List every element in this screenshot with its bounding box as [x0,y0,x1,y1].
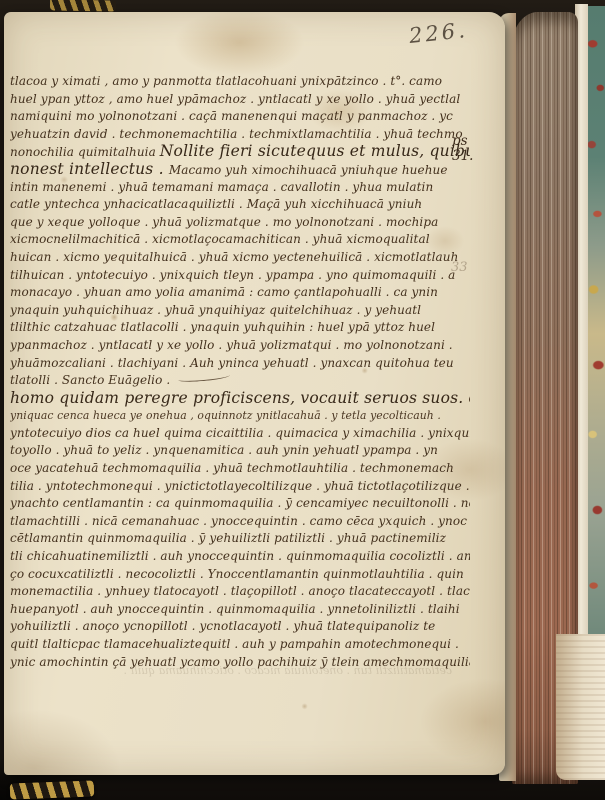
manuscript-text-segment: monemactilia . ynhuey tlatocayotl . tlaç… [10,584,470,598]
manuscript-line: intin manenemi . yhuā temamani mamaça . … [10,179,470,197]
manuscript-text-segment: Macamo yuh ximochihuacā yniuhque huehue [169,163,448,177]
manuscript-text-segment: yehuatzin david . techmonemachtilia . te… [10,127,463,141]
endband-top [50,0,116,12]
manuscript-line: yntotecuiyo dios ca huel quima cicaittil… [10,425,470,443]
manuscript-text-segment: monacayo . yhuan amo yolia amanimā : cam… [10,285,438,299]
manuscript-line: nonochilia quimitalhuia Nollite fieri si… [10,143,470,161]
manuscript-line: ypanmachoz . yntlacatl y xe yollo . yhuā… [10,337,470,355]
manuscript-line: yehuatzin david . techmonemachtilia . te… [10,126,470,144]
manuscript-line: tlacoa y ximati , amo y panmotta tlatlac… [10,73,470,91]
manuscript-text-segment: huepanyotl . auh ynoccequintin . quinmom… [10,602,460,616]
manuscript-page: 226. ps 31. 33 tlacoa y ximati , amo y p… [4,12,505,775]
manuscript-line: tilhuican . yntotecuiyo . ynixquich tley… [10,267,470,285]
manuscript-text-segment: yhuāmozcaliani . tlachiyani . Auh yninca… [10,356,454,370]
manuscript-text-segment: yniquac cenca hueca ye onehua , oquinnot… [10,409,441,422]
manuscript-line: monacayo . yhuan amo yolia amanimā : cam… [10,284,470,302]
manuscript-text-segment: nonochilia quimitalhuia [10,145,160,159]
manuscript-line: toyollo . yhuā to yeliz . ynquenamitica … [10,442,470,460]
manuscript-text-segment: Nollite fieri sicutequus et mulus, quibu… [160,142,470,160]
manuscript-line: ynaquin yuhquichihuaz . yhuā ynquihiyaz … [10,302,470,320]
manuscript-line: monemactilia . ynhuey tlatocayotl . tlaç… [10,583,470,601]
manuscript-line: tlamachtilli . nicā cemanahuac . ynocceq… [10,513,470,531]
manuscript-line: homo quidam peregre proficiscens, vocaui… [10,390,470,408]
manuscript-line: tlatolli . Sancto Euāgelio . [10,372,470,390]
manuscript-text-segment: namiquini mo yolnonotzani . caçā manenen… [10,109,453,123]
manuscript-text-segment: yntotecuiyo dios ca huel quima cicaittil… [10,426,470,440]
manuscript-photo: 226. ps 31. 33 tlacoa y ximati , amo y p… [0,0,605,800]
endband-bottom [10,781,95,800]
manuscript-text-segment: cētlamantin quinmomaquilia . ȳ yehuilizt… [10,531,446,545]
manuscript-text-segment: oce yacatehuā techmomaquilia . yhuā tech… [10,461,454,475]
manuscript-text-segment: ço cocuxcatiliztli . necocoliztli . Ynoc… [10,567,464,581]
pen-flourish [178,372,230,383]
manuscript-line: huican . xicmo yequitalhuicā . yhuā xicm… [10,249,470,267]
manuscript-line: yohuiliztli . anoço ycnopillotl . ycnotl… [10,618,470,636]
page-number: 226. [408,18,469,48]
manuscript-text-segment: que y xeque yolloque . yhuā yolizmatque … [10,215,438,229]
manuscript-text-segment: catle yntechca ynhacicatlacaquiliztli . … [10,197,422,211]
manuscript-text-segment: xicmocnelilmachiticā . xicmotlaçocamachi… [10,232,430,246]
manuscript-line: quitl tlalticpac tlamacehualiztequitl . … [10,636,470,654]
manuscript-text-segment: ynaquin yuhquichihuaz . yhuā ynquihiyaz … [10,303,421,317]
marbled-endpaper [586,6,605,636]
manuscript-text-segment: tlacoa y ximati , amo y panmotta tlatlac… [10,74,442,88]
manuscript-line: yhuāmozcaliani . tlachiyani . Auh yninca… [10,355,470,373]
manuscript-text-segment: tilia . yntotechmonequi . ynictictotlaye… [10,479,470,493]
manuscript-line: tli chicahuatinemiliztli . auh ynoccequi… [10,548,470,566]
manuscript-text-segment: huel ypan yttoz , amo huel ypāmachoz . y… [10,92,460,106]
manuscript-text-segment: tilhuican . yntotecuiyo . ynixquich tley… [10,268,455,282]
manuscript-line: yniquac cenca hueca ye onehua , oquinnot… [10,407,470,425]
manuscript-text-segment: toyollo . yhuā to yeliz . ynquenamitica … [10,443,438,457]
manuscript-line: tilia . yntotechmonequi . ynictictotlaye… [10,478,470,496]
manuscript-text-segment: tli chicahuatinemiliztli . auh ynoccequi… [10,549,470,563]
manuscript-text-segment: tlatolli . Sancto Euāgelio . [10,373,170,387]
show-through-line: cētlamatiliztli tun . onetolhuia nicāco … [32,664,452,677]
manuscript-text-segment: homo quidam peregre proficiscens, vocaui… [10,389,469,407]
manuscript-line: xicmocnelilmachiticā . xicmotlaçocamachi… [10,231,470,249]
manuscript-text-segment: Cetlacatl . [469,392,470,406]
fanned-page-corners [556,634,605,780]
manuscript-line: catle yntechca ynhacicatlacaquiliztli . … [10,196,470,214]
manuscript-line: oce yacatehuā techmomaquilia . yhuā tech… [10,460,470,478]
manuscript-line: tlilthic catzahuac tlatlacolli . ynaquin… [10,319,470,337]
manuscript-line: ço cocuxcatiliztli . necocoliztli . Ynoc… [10,566,470,584]
manuscript-text-segment: tlamachtilli . nicā cemanahuac . ynocceq… [10,514,467,528]
manuscript-line: namiquini mo yolnonotzani . caçā manenen… [10,108,470,126]
manuscript-text-segment: quitl tlalticpac tlamacehualiztequitl . … [10,637,459,651]
manuscript-text-segment: huican . xicmo yequitalhuicā . yhuā xicm… [10,250,458,264]
text-block: tlacoa y ximati , amo y panmotta tlatlac… [10,73,470,679]
manuscript-text-segment: ynachto centlamantin : ca quinmomaquilia… [10,496,470,510]
manuscript-line: nonest intellectus . Macamo yuh ximochih… [10,161,470,179]
manuscript-text-segment: ypanmachoz . yntlacatl y xe yollo . yhuā… [10,338,453,352]
manuscript-text-segment: tlilthic catzahuac tlatlacolli . ynaquin… [10,320,435,334]
manuscript-text-segment: yohuiliztli . anoço ycnopillotl . ycnotl… [10,619,435,633]
manuscript-text-segment: intin manenemi . yhuā temamani mamaça . … [10,180,433,194]
manuscript-line: huepanyotl . auh ynoccequintin . quinmom… [10,601,470,619]
manuscript-line: huel ypan yttoz , amo huel ypāmachoz . y… [10,91,470,109]
manuscript-line: cētlamantin quinmomaquilia . ȳ yehuilizt… [10,530,470,548]
manuscript-line: que y xeque yolloque . yhuā yolizmatque … [10,214,470,232]
manuscript-text-segment: nonest intellectus . [10,160,169,178]
manuscript-line: ynachto centlamantin : ca quinmomaquilia… [10,495,470,513]
